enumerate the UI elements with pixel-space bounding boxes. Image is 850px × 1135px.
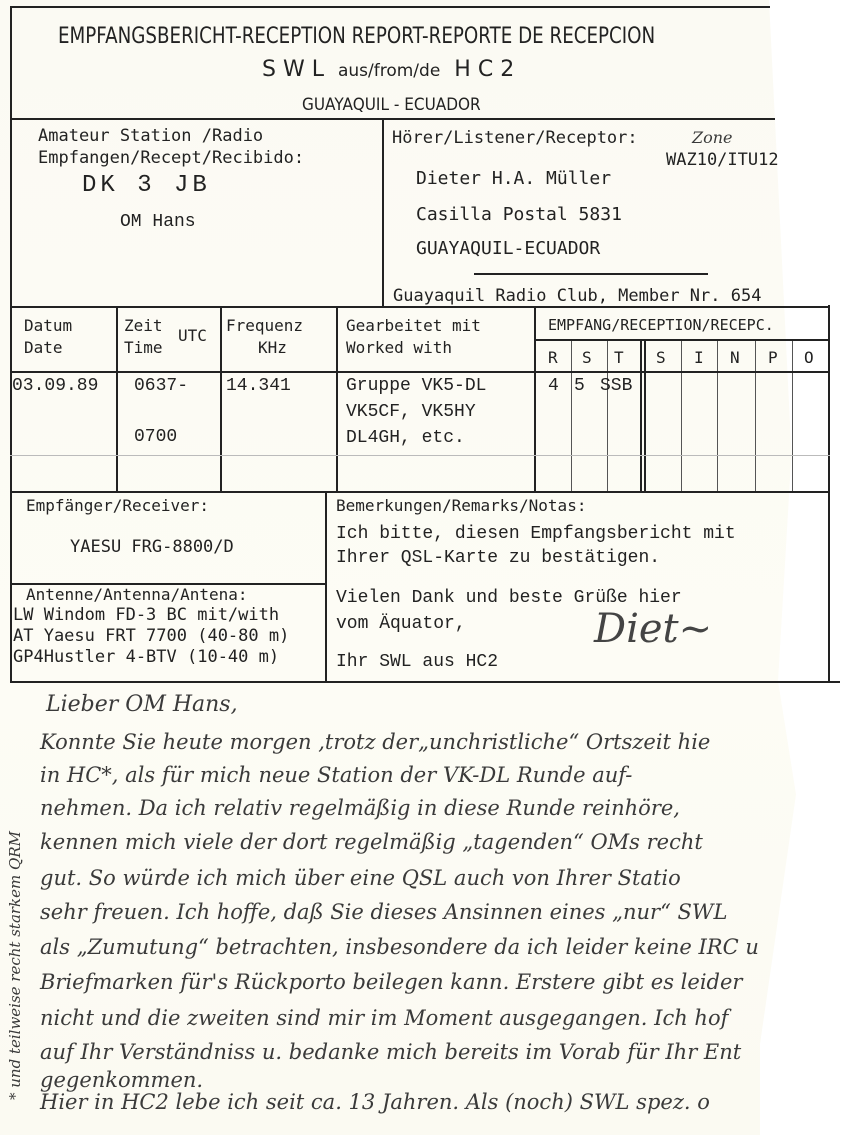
row-divider bbox=[534, 339, 830, 341]
from-label: aus/from/de bbox=[338, 61, 440, 81]
header-utc: UTC bbox=[178, 326, 207, 345]
log-frequency: 14.341 bbox=[226, 376, 291, 396]
letter-line: gegenkommen. bbox=[40, 1068, 203, 1092]
section-divider bbox=[10, 306, 830, 308]
swl-label: S W L bbox=[262, 57, 324, 82]
letter-line: kennen mich viele der dort regelmäßig „t… bbox=[40, 830, 703, 854]
header-time-en: Time bbox=[124, 338, 163, 357]
col-divider bbox=[336, 306, 338, 492]
operator-name: OM Hans bbox=[120, 212, 196, 232]
header-t: T bbox=[614, 348, 624, 367]
header-sinpo-o: O bbox=[804, 348, 814, 367]
log-worked-1: Gruppe VK5-DL bbox=[346, 376, 486, 396]
row-divider bbox=[10, 371, 830, 373]
remarks-label: Bemerkungen/Remarks/Notas: bbox=[336, 496, 586, 515]
frame-top bbox=[10, 6, 770, 8]
col-divider bbox=[116, 306, 118, 492]
antenna-line-1: LW Windom FD-3 BC mit/with bbox=[13, 605, 279, 625]
col-divider bbox=[220, 306, 222, 492]
header-sinpo-n: N bbox=[730, 348, 740, 367]
col-divider bbox=[534, 306, 536, 492]
col-divider bbox=[571, 340, 572, 492]
row-divider bbox=[10, 455, 830, 456]
letter-line: Briefmarken für's Rückporto beilegen kan… bbox=[40, 970, 742, 994]
header-worked-en: Worked with bbox=[346, 338, 452, 357]
letter-line: nehmen. Da ich relativ regelmäßig in die… bbox=[40, 796, 680, 820]
thanks-line-1: Vielen Dank und beste Grüße hier bbox=[336, 588, 682, 608]
row-divider bbox=[10, 491, 830, 493]
col-divider bbox=[717, 340, 718, 492]
header-divider bbox=[10, 118, 775, 120]
station-divider bbox=[382, 118, 384, 306]
remarks-line-1: Ich bitte, diesen Empfangsbericht mit bbox=[336, 524, 736, 544]
log-date: 03.09.89 bbox=[12, 376, 98, 396]
form-bottom bbox=[10, 681, 840, 683]
report-title: EMPFANGSBERICHT-RECEPTION REPORT-REPORTE… bbox=[58, 24, 655, 49]
log-time-end: 0700 bbox=[134, 427, 177, 447]
letter-line: als „Zumutung“ betrachten, insbesondere … bbox=[40, 935, 759, 959]
thanks-line-2: vom Äquator, bbox=[336, 614, 466, 634]
header-r: R bbox=[548, 348, 558, 367]
header-worked: Gearbeitet mit bbox=[346, 316, 481, 335]
remarks-divider bbox=[325, 492, 327, 682]
listener-name: Dieter H.A. Müller bbox=[416, 168, 611, 189]
col-divider bbox=[640, 340, 642, 492]
prefix-label: H C 2 bbox=[454, 57, 514, 82]
zone-value: WAZ10/ITU12 bbox=[666, 150, 779, 170]
zone-label: Zone bbox=[692, 128, 733, 147]
letter-line: in HC*, als für mich neue Station der VK… bbox=[40, 763, 632, 787]
location-label: GUAYAQUIL - ECUADOR bbox=[302, 95, 481, 115]
received-label: Empfangen/Recept/Recibido: bbox=[38, 148, 304, 168]
letter-line: gut. So würde ich mich über eine QSL auc… bbox=[40, 866, 681, 890]
remarks-closing: Ihr SWL aus HC2 bbox=[336, 652, 498, 672]
col-divider bbox=[681, 340, 682, 492]
letter-greeting: Lieber OM Hans, bbox=[46, 692, 238, 717]
qsl-report-card: EMPFANGSBERICHT-RECEPTION REPORT-REPORTE… bbox=[0, 0, 850, 1135]
log-time-start: 0637- bbox=[134, 376, 188, 396]
log-worked-3: DL4GH, etc. bbox=[346, 428, 465, 448]
log-worked-2: VK5CF, VK5HY bbox=[346, 402, 476, 422]
log-rst-r: 4 bbox=[548, 376, 559, 396]
header-time: Zeit bbox=[124, 316, 163, 335]
antenna-line-3: GP4Hustler 4-BTV (10-40 m) bbox=[13, 647, 279, 667]
callsign: DK 3 JB bbox=[82, 172, 211, 199]
header-sinpo-i: I bbox=[694, 348, 704, 367]
letter-line: auf Ihr Verständniss u. bedanke mich ber… bbox=[40, 1040, 741, 1064]
header-khz: KHz bbox=[258, 338, 287, 357]
remarks-line-2: Ihrer QSL-Karte zu bestätigen. bbox=[336, 548, 660, 568]
header-reception: EMPFANG/RECEPTION/RECEPC. bbox=[548, 316, 774, 334]
margin-note: * und teilweise recht starkem QRM bbox=[6, 831, 24, 1100]
frame-left bbox=[10, 6, 12, 682]
listener-city: GUAYAQUIL-ECUADOR bbox=[416, 238, 600, 259]
header-date: Datum bbox=[24, 316, 72, 335]
log-rst-s: 5 bbox=[574, 376, 585, 396]
scan-edge bbox=[760, 0, 850, 1135]
frame-right bbox=[828, 305, 830, 682]
listener-address: Casilla Postal 5831 bbox=[416, 204, 622, 225]
report-subtitle: S W L aus/from/de H C 2 bbox=[262, 57, 514, 82]
letter-line: Hier in HC2 lebe ich seit ca. 13 Jahren.… bbox=[40, 1090, 710, 1114]
header-date-en: Date bbox=[24, 338, 63, 357]
receiver-label: Empfänger/Receiver: bbox=[26, 496, 209, 515]
col-divider bbox=[792, 340, 793, 492]
listener-label: Hörer/Listener/Receptor: bbox=[392, 128, 638, 148]
col-divider bbox=[607, 340, 608, 492]
antenna-label: Antenne/Antenna/Antena: bbox=[26, 585, 248, 604]
antenna-line-2: AT Yaesu FRT 7700 (40-80 m) bbox=[13, 626, 289, 646]
header-frequency: Frequenz bbox=[226, 316, 303, 335]
header-s: S bbox=[582, 348, 592, 367]
col-divider bbox=[755, 340, 756, 492]
log-rst-t: SSB bbox=[600, 376, 632, 396]
letter-line: sehr freuen. Ich hoffe, daß Sie dieses A… bbox=[40, 900, 727, 924]
col-divider bbox=[644, 340, 646, 492]
letter-line: nicht und die zweiten sind mir im Moment… bbox=[40, 1006, 728, 1030]
station-label: Amateur Station /Radio bbox=[38, 126, 263, 146]
header-sinpo-p: P bbox=[768, 348, 778, 367]
club-membership: Guayaquil Radio Club, Member Nr. 654 bbox=[393, 286, 761, 306]
header-sinpo-s: S bbox=[656, 348, 666, 367]
letter-line: Konnte Sie heute morgen ,trotz der„unchr… bbox=[40, 730, 710, 754]
receiver-value: YAESU FRG-8800/D bbox=[70, 537, 234, 557]
address-underline bbox=[474, 273, 708, 275]
signature: Diet~ bbox=[594, 606, 712, 652]
